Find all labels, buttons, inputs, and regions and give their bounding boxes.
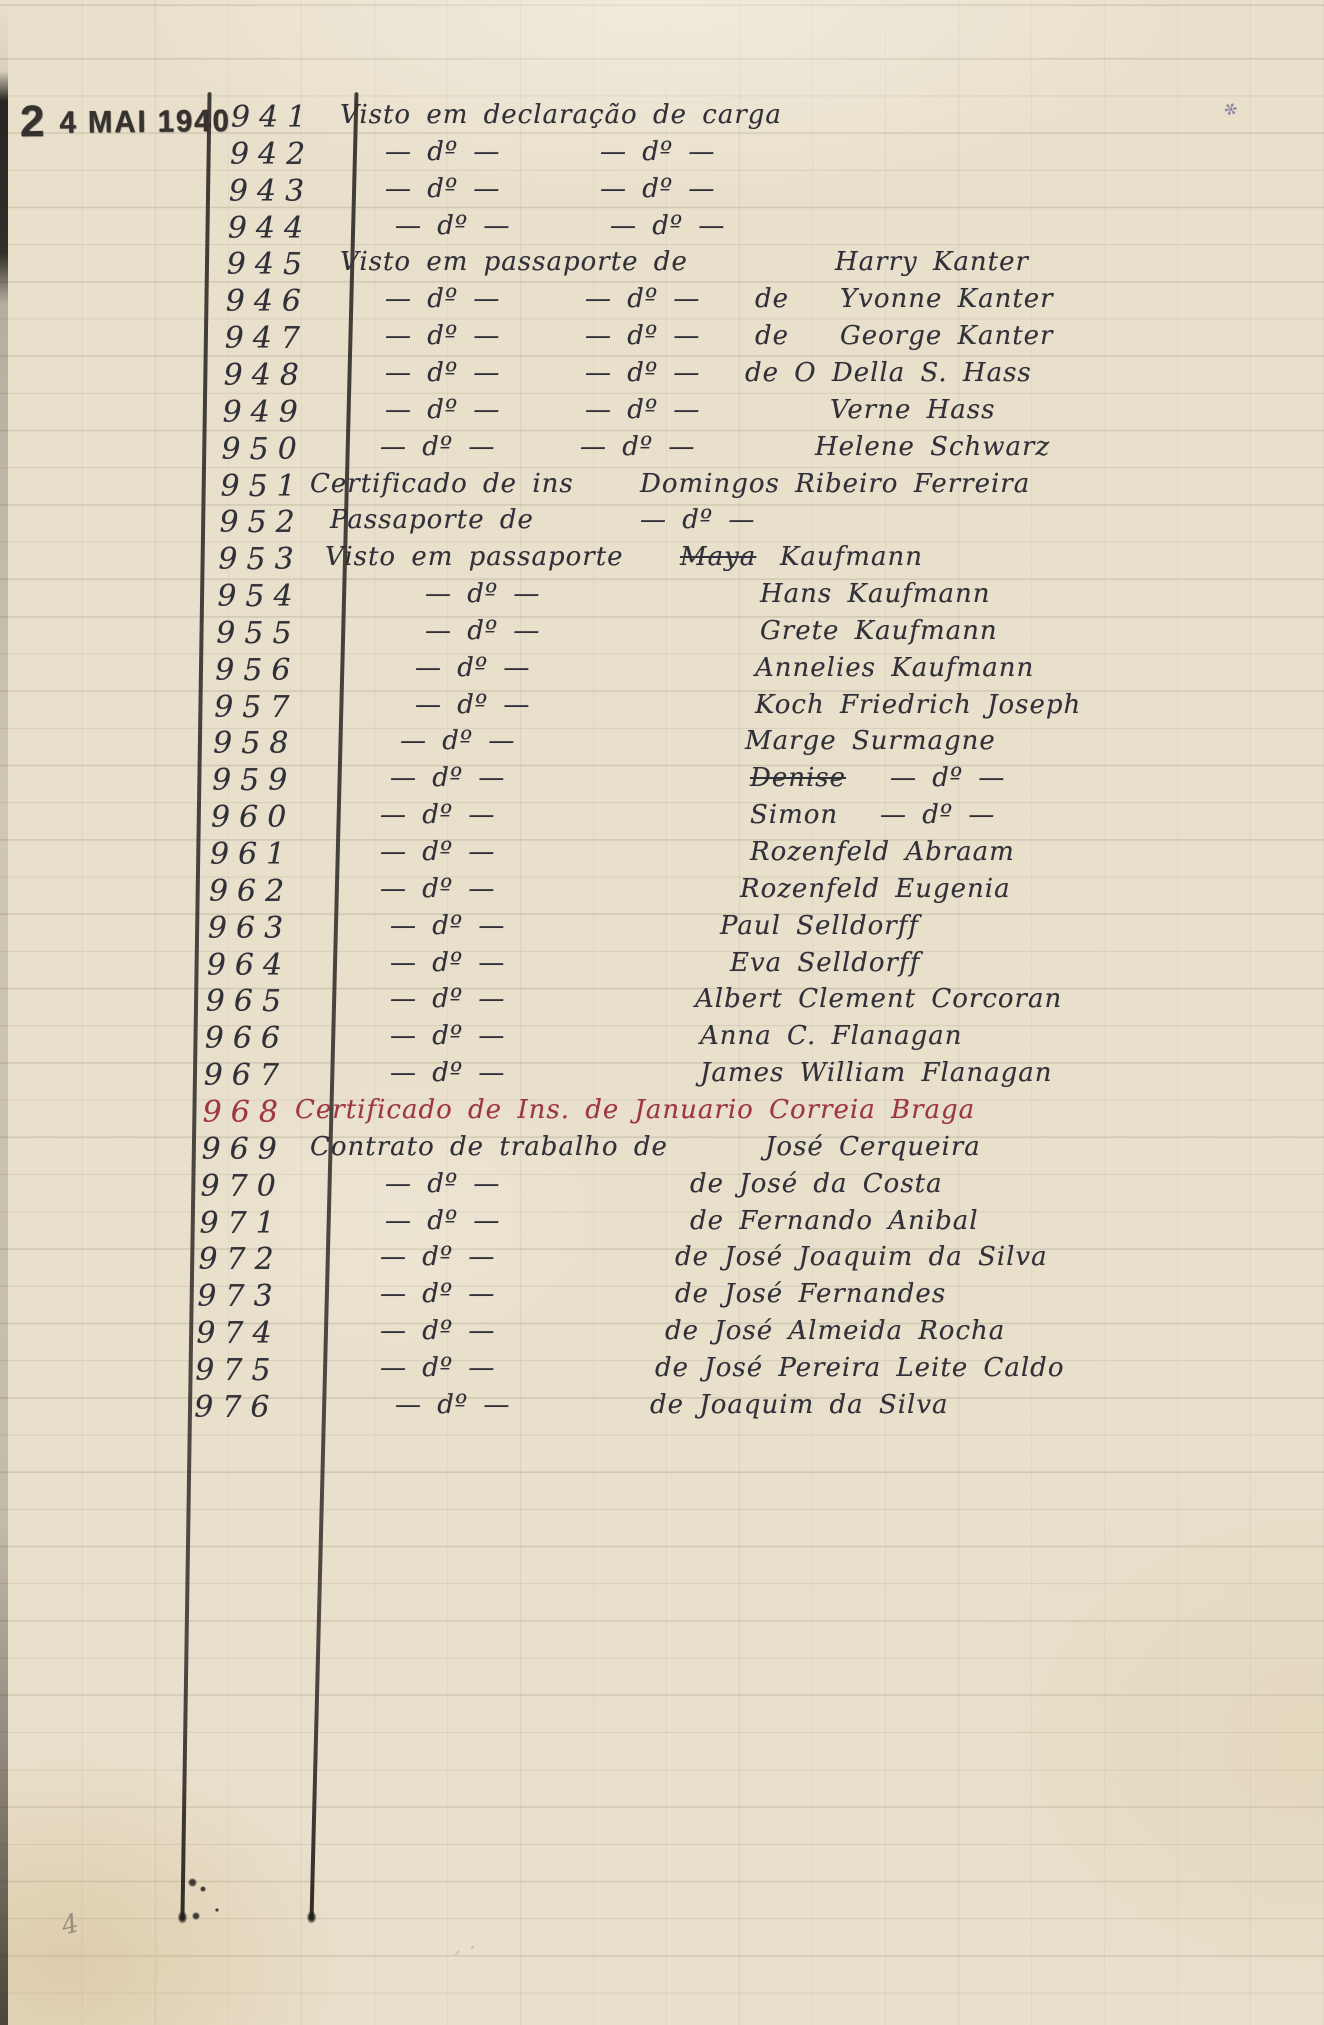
entry-number: 974 [196,1316,280,1351]
entry-number: 966 [205,1021,289,1056]
entry-number: 968 [203,1095,287,1130]
entry-number: 951 [221,469,305,504]
register-row: 964— dº —Eva Selldorff [0,948,1324,985]
entry-text: Helene Schwarz [815,432,1050,462]
entry-text: Marge Surmagne [745,726,996,756]
entry-text: — dº — [400,726,515,756]
entry-text: — dº — [380,1242,495,1272]
entry-number: 972 [198,1242,282,1277]
entry-text: — dº — [415,653,530,683]
register-row: 949— dº —— dº —Verne Hass [0,395,1324,432]
entry-text: de José Pereira Leite Caldo [655,1353,1064,1383]
entry-number: 948 [224,358,308,393]
register-row: 972— dº —de José Joaquim da Silva [0,1242,1324,1279]
entry-text: — dº — [390,763,505,793]
register-row: 969Contrato de trabalho deJosé Cerqueira [0,1132,1324,1169]
register-row: 971— dº —de Fernando Anibal [0,1206,1324,1243]
register-row: 962— dº —Rozenfeld Eugenia [0,874,1324,911]
entry-text: Visto em declaração de carga [340,100,782,130]
entry-number: 950 [222,432,306,467]
register-row: 956— dº —Annelies Kaufmann [0,653,1324,690]
entry-text: — dº — [380,1316,495,1346]
register-row: 970— dº —de José da Costa [0,1169,1324,1206]
entry-text: — dº — [380,800,495,830]
entry-text: Certificado de Ins. de Januario Correia … [295,1095,975,1125]
entry-number: 953 [218,542,302,577]
entry-text: — dº — [380,874,495,904]
entry-text: Verne Hass [830,395,995,425]
register-row: 945Visto em passaporte deHarry Kanter [0,247,1324,284]
entry-number: 967 [204,1058,288,1093]
bleed-through-mark: , · [453,1934,477,1962]
entry-text: José Cerqueira [765,1132,981,1162]
entry-text: — dº — [385,358,500,388]
register-row: 950— dº —— dº —Helene Schwarz [0,432,1324,469]
register-entries: 941Visto em declaração de carga942— dº —… [0,0,1324,2025]
entry-text: de Joaquim da Silva [650,1390,949,1420]
entry-text: — dº — [395,211,510,241]
entry-text: — dº — [880,800,995,830]
entry-text: Maya [680,542,756,572]
entry-number: 952 [219,505,303,540]
entry-number: 962 [209,874,293,909]
entry-number: 971 [200,1206,284,1241]
entry-number: 949 [223,395,307,430]
entry-text: — dº — [390,1021,505,1051]
register-row: 957— dº —Koch Friedrich Joseph [0,690,1324,727]
register-row: 973— dº —de José Fernandes [0,1279,1324,1316]
entry-text: de José Almeida Rocha [665,1316,1005,1346]
entry-text: Yvonne Kanter [840,284,1054,314]
entry-text: Annelies Kaufmann [755,653,1034,683]
register-row: 942— dº —— dº — [0,137,1324,174]
register-row: 941Visto em declaração de carga [0,100,1324,137]
entry-text: — dº — [600,174,715,204]
register-row: 947— dº —— dº —deGeorge Kanter [0,321,1324,358]
register-row: 955— dº —Grete Kaufmann [0,616,1324,653]
entry-text: — dº — [385,284,500,314]
entry-text: — dº — [640,505,755,535]
entry-text: Anna C. Flanagan [700,1021,963,1051]
entry-text: Rozenfeld Eugenia [740,874,1011,904]
register-row: 976— dº —de Joaquim da Silva [0,1390,1324,1427]
entry-text: — dº — [580,432,695,462]
entry-text: James William Flanagan [700,1058,1053,1088]
entry-text: — dº — [385,137,500,167]
entry-text: Visto em passaporte [325,542,624,572]
entry-number: 941 [231,100,315,135]
entry-number: 956 [215,653,299,688]
entry-number: 945 [227,247,311,282]
entry-text: Visto em passaporte de [340,247,688,277]
entry-text: — dº — [380,1353,495,1383]
register-row: 946— dº —— dº —deYvonne Kanter [0,284,1324,321]
entry-number: 959 [212,763,296,798]
entry-number: 947 [225,321,309,356]
entry-text: Certificado de ins [310,469,574,499]
register-row: 951Certificado de insDomingos Ribeiro Fe… [0,469,1324,506]
entry-text: — dº — [585,321,700,351]
register-row: 952Passaporte de— dº — [0,505,1324,542]
entry-text: Passaporte de [330,505,534,535]
register-row: 961— dº —Rozenfeld Abraam [0,837,1324,874]
entry-number: 965 [206,984,290,1019]
register-row: 954— dº —Hans Kaufmann [0,579,1324,616]
register-row: 959— dº —Denise— dº — [0,763,1324,800]
register-row: 967— dº —James William Flanagan [0,1058,1324,1095]
entry-text: — dº — [395,1390,510,1420]
entry-number: 943 [229,174,313,209]
entry-text: George Kanter [840,321,1053,351]
entry-text: Rozenfeld Abraam [750,837,1015,867]
entry-text: — dº — [380,432,495,462]
entry-text: Grete Kaufmann [760,616,998,646]
entry-text: — dº — [610,211,725,241]
entry-text: Harry Kanter [835,247,1029,277]
entry-number: 960 [211,800,295,835]
entry-number: 970 [201,1169,285,1204]
entry-text: — dº — [890,763,1005,793]
entry-number: 944 [228,211,312,246]
entry-text: Paul Selldorff [720,911,919,941]
entry-text: — dº — [380,837,495,867]
register-row: 966— dº —Anna C. Flanagan [0,1021,1324,1058]
entry-number: 942 [230,137,314,172]
entry-text: — dº — [585,284,700,314]
entry-text: — dº — [600,137,715,167]
entry-number: 946 [226,284,310,319]
entry-text: — dº — [385,1206,500,1236]
entry-number: 961 [210,837,294,872]
entry-number: 954 [217,579,301,614]
register-row: 960— dº —Simon— dº — [0,800,1324,837]
entry-number: 955 [216,616,300,651]
entry-number: 976 [194,1390,278,1425]
entry-text: Hans Kaufmann [760,579,990,609]
entry-number: 957 [214,690,298,725]
entry-text: — dº — [415,690,530,720]
register-row: 944— dº —— dº — [0,211,1324,248]
entry-text: — dº — [385,174,500,204]
entry-text: — dº — [385,395,500,425]
entry-text: Eva Selldorff [730,948,920,978]
entry-text: de O Della S. Hass [745,358,1032,388]
entry-number: 958 [213,726,297,761]
register-row: 965— dº —Albert Clement Corcoran [0,984,1324,1021]
entry-text: — dº — [585,358,700,388]
entry-text: — dº — [390,911,505,941]
register-row: 968Certificado de Ins. de Januario Corre… [0,1095,1324,1132]
entry-text: Kaufmann [780,542,923,572]
entry-text: — dº — [390,948,505,978]
entry-number: 963 [208,911,292,946]
entry-number: 964 [207,948,291,983]
entry-text: Contrato de trabalho de [310,1132,668,1162]
entry-text: — dº — [390,1058,505,1088]
entry-text: Denise [750,763,846,793]
entry-number: 973 [197,1279,281,1314]
entry-number: 975 [195,1353,279,1388]
register-row: 974— dº —de José Almeida Rocha [0,1316,1324,1353]
entry-text: de José da Costa [690,1169,943,1199]
register-row: 975— dº —de José Pereira Leite Caldo [0,1353,1324,1390]
entry-text: de José Fernandes [675,1279,946,1309]
entry-text: — dº — [385,321,500,351]
entry-text: Domingos Ribeiro Ferreira [640,469,1030,499]
register-row: 953Visto em passaporteMayaKaufmann [0,542,1324,579]
entry-text: Koch Friedrich Joseph [755,690,1081,720]
entry-text: de José Joaquim da Silva [675,1242,1048,1272]
entry-text: — dº — [385,1169,500,1199]
entry-text: — dº — [390,984,505,1014]
register-row: 963— dº —Paul Selldorff [0,911,1324,948]
entry-text: de [755,321,789,351]
entry-text: — dº — [380,1279,495,1309]
entry-number: 969 [202,1132,286,1167]
register-row: 958— dº —Marge Surmagne [0,726,1324,763]
register-row: 948— dº —— dº —de O Della S. Hass [0,358,1324,395]
entry-text: Albert Clement Corcoran [695,984,1062,1014]
entry-text: — dº — [425,616,540,646]
entry-text: Simon [750,800,838,830]
register-row: 943— dº —— dº — [0,174,1324,211]
entry-text: — dº — [585,395,700,425]
entry-text: — dº — [425,579,540,609]
entry-text: de Fernando Anibal [690,1206,979,1236]
entry-text: de [755,284,789,314]
